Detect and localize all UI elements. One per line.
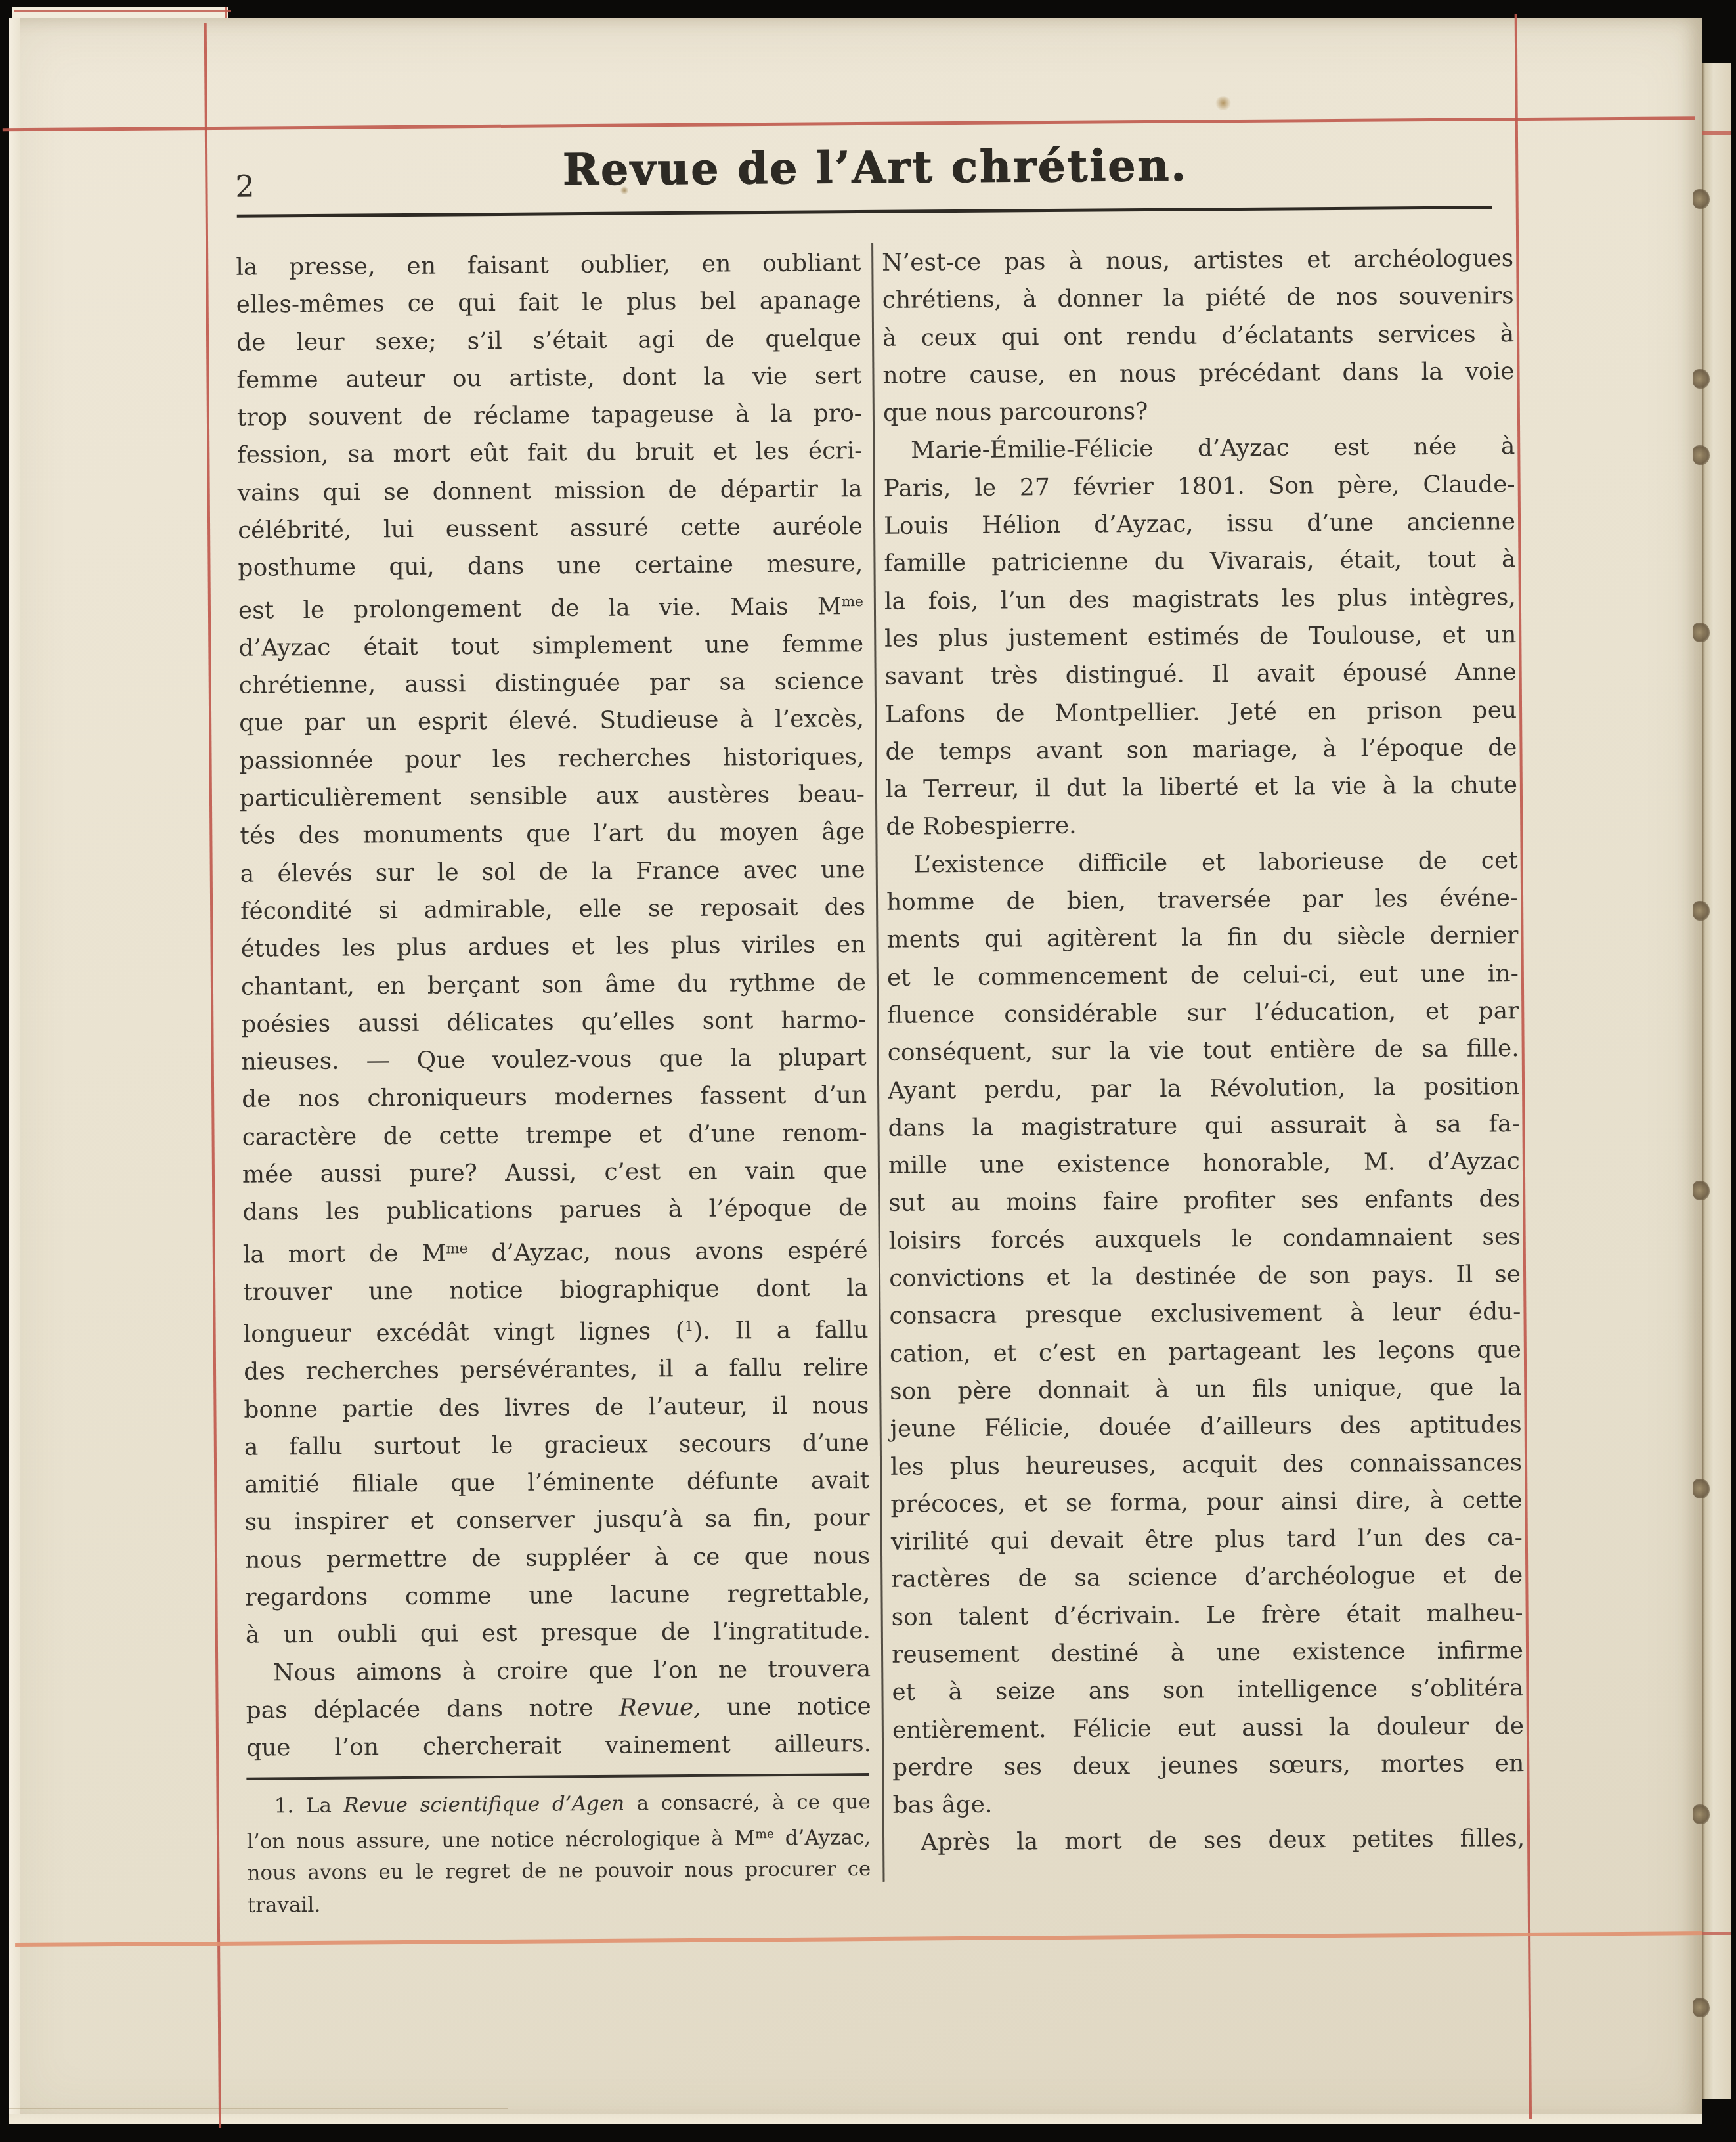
binding-stitch [1693,623,1710,642]
binding-stitch [1693,1181,1710,1200]
text-line: de Robespierre. [886,804,1517,846]
text-line: mille une existence honorable, M. d’Ayza… [888,1143,1520,1185]
text-line: nous avons eu le regret de ne pouvoir no… [247,1853,871,1889]
binding-stitch [1693,445,1710,465]
text-line: chantant, en berçant son âme du rythme d… [241,964,866,1006]
text-line: tés des monuments que l’art du moyen âge [240,813,865,855]
text-line: de nos chroniqueurs modernes fassent d’u… [242,1076,867,1118]
binding-stitch [1693,189,1710,209]
text-line: son père donnait à un fils unique, que l… [890,1368,1521,1410]
text-line: elles-mêmes ce qui fait le plus bel apan… [236,282,861,324]
text-line: conséquent, sur la vie tout entière de s… [887,1030,1519,1072]
text-line: caractère de cette trempe et d’une renom… [242,1114,867,1156]
text-line: Nous aimons à croire que l’on ne trouver… [246,1650,871,1692]
text-line: que par un esprit élevé. Studieuse à l’e… [239,700,864,742]
text-line: regardons comme une lacune regrettable, [245,1575,870,1617]
text-line: que l’on chercherait vainement ailleurs. [246,1725,871,1767]
text-line: notre cause, en nous précédant dans la v… [882,353,1514,395]
text-line: famille patricienne du Vivarais, était, … [884,540,1515,582]
text-line: dans la magistrature qui assurait à sa f… [888,1105,1519,1147]
text-line: travail. [248,1885,871,1921]
text-line: de temps avant son mariage, à l’époque d… [885,729,1517,771]
text-line: N’est-ce pas à nous, artistes et archéol… [882,240,1513,282]
text-line: longueur excédât vingt lignes (1). Il a … [243,1307,868,1353]
text-line: est le prolongement de la vie. Mais Mme [238,583,863,630]
text-line: mée aussi pure? Aussi, c’est en vain que [242,1152,867,1194]
text-line: convictions et la destinée de son pays. … [889,1256,1521,1298]
text-line: chrétiens, à donner la piété de nos souv… [882,277,1513,319]
text-line: femme auteur ou artiste, dont la vie ser… [236,357,861,399]
red-ruling-fragment [225,7,227,20]
text-line: dans les publications parues à l’époque … [242,1189,867,1231]
text-line: cation, et c’est en partageant les leçon… [890,1331,1521,1373]
red-ruling-fragment [1702,131,1731,135]
text-line: que nous parcourons? [883,390,1515,432]
text-line: 1. La Revue scientifique d’Agen a consac… [247,1786,871,1822]
text-line: la fois, l’un des magistrats les plus in… [884,579,1516,621]
text-line: à un oubli qui est presque de l’ingratit… [246,1612,871,1654]
column-divider-rule [871,243,884,1882]
text-line: bonne partie des livres de l’auteur, il … [244,1387,869,1429]
text-line: nous permettre de suppléer à ce que nous [245,1537,870,1579]
text-line: Paris, le 27 février 1801. Son père, Cla… [883,466,1515,508]
text-line: Ayant perdu, par la Révolution, la posit… [888,1068,1519,1110]
red-ruling-vertical-left [204,23,221,2128]
text-line: la Terreur, il dut la liberté et la vie … [886,766,1517,808]
text-line: savant très distingué. Il avait épousé A… [884,653,1516,695]
text-line: précoces, et se forma, pour ainsi dire, … [890,1481,1522,1523]
text-line: les plus heureuses, acquit des connaissa… [890,1444,1522,1486]
binding-stitch [1693,369,1710,389]
text-line: loisirs forcés auxquels le condamnaient … [888,1218,1520,1260]
text-line: chrétienne, aussi distinguée par sa scie… [239,663,864,705]
text-line: son talent d’écrivain. Le frère était ma… [891,1594,1523,1636]
text-line: la presse, en faisant oublier, en oublia… [236,244,861,286]
text-line: fession, sa mort eût fait du bruit et le… [237,433,862,475]
text-line: Après la mort de ses deux petites filles… [893,1820,1525,1862]
red-ruling-horizontal-top [3,116,1695,131]
text-line: entièrement. Félicie eut aussi la douleu… [892,1707,1524,1749]
text-line: particulièrement sensible aux austères b… [240,776,865,818]
text-line: sut au moins faire profiter ses enfants … [888,1181,1520,1223]
journal-title: Revue de l’Art chrétien. [235,137,1515,198]
text-line: études les plus ardues et les plus viril… [240,926,865,968]
text-line: a fallu surtout le gracieux secours d’un… [244,1424,869,1466]
binding-stitch [1693,1998,1710,2017]
footnote-rule [246,1773,869,1780]
binding-stitch [1693,1804,1710,1824]
red-ruling-horizontal-bottom [15,1931,1708,1947]
scanned-book-photo: 2 Revue de l’Art chrétien. la presse, en… [0,0,1736,2142]
text-line: de leur sexe; s’il s’était agi de quelqu… [236,320,861,362]
page-content: 2 Revue de l’Art chrétien. la presse, en… [2,12,1709,2130]
text-line: l’on nous assure, une notice nécrologiqu… [247,1818,871,1858]
text-line: ments qui agitèrent la fin du siècle der… [886,917,1518,959]
text-line: trouver une notice biographique dont la [243,1269,868,1311]
text-line: des recherches persévérantes, il a fallu… [244,1349,869,1391]
text-line: L’existence difficile et laborieuse de c… [886,842,1517,884]
text-line: perdre ses deux jeunes sœurs, mortes en [892,1745,1524,1787]
text-line: jeune Félicie, douée d’ailleurs des apti… [890,1406,1521,1448]
text-line: consacra presque exclusivement à leur éd… [889,1293,1521,1335]
left-text-column: la presse, en faisant oublier, en oublia… [236,244,871,1767]
text-line: passionnée pour les recherches historiqu… [239,738,864,780]
text-line: ractères de sa science d’archéologue et … [891,1556,1523,1598]
text-line: Marie-Émilie-Félicie d’Ayzac est née à [883,428,1515,470]
binding-stitch [1693,901,1710,921]
text-line: et à seize ans son intelligence s’oblité… [892,1669,1523,1711]
red-ruling-fragment [1702,1932,1731,1935]
footnote: 1. La Revue scientifique d’Agen a consac… [247,1786,871,1921]
text-line: fécondité si admirable, elle se reposait… [240,888,865,930]
text-line: célébrité, lui eussent assuré cette auré… [238,508,863,550]
text-line: les plus justement estimés de Toulouse, … [884,616,1516,658]
right-text-column: N’est-ce pas à nous, artistes et archéol… [882,240,1525,1862]
text-line: poésies aussi délicates qu’elles sont ha… [241,1001,866,1043]
text-line: posthume qui, dans une certaine mesure, [238,545,863,587]
text-line: Louis Hélion d’Ayzac, issu d’une ancienn… [884,503,1515,545]
book-page: 2 Revue de l’Art chrétien. la presse, en… [9,18,1702,2124]
text-line: a élevés sur le sol de la France avec un… [240,851,865,893]
text-line: d’Ayzac était tout simplement une femme [238,625,863,667]
red-ruling-fragment [14,10,231,12]
text-line: Lafons de Montpellier. Jeté en prison pe… [885,691,1517,733]
text-line: et le commencement de celui-ci, eut une … [887,955,1519,997]
text-line: homme de bien, traversée par les événe- [886,879,1518,921]
text-line: trop souvent de réclame tapageuse à la p… [237,395,862,437]
binding-stitch [1693,1479,1710,1498]
text-line: vains qui se donnent mission de départir… [238,470,863,512]
text-line: virilité qui devait être plus tard l’un … [891,1519,1523,1561]
underlying-page-sliver [12,7,228,20]
text-line: su inspirer et conserver jusqu’à sa fin,… [244,1499,869,1541]
text-line: fluence considérable sur l’éducation, et… [887,992,1519,1034]
text-line: la mort de Mme d’Ayzac, nous avons espér… [243,1227,868,1274]
text-line: nieuses. — Que voulez-vous que la plupar… [242,1039,867,1081]
text-line: à ceux qui ont rendu d’éclatants service… [882,315,1514,357]
text-line: reusement destiné à une existence infirm… [892,1632,1523,1674]
text-line: amitié filiale que l’éminente défunte av… [244,1462,869,1504]
title-rule [237,206,1492,217]
text-line: bas âge. [892,1782,1524,1824]
text-line: pas déplacée dans notre Revue, une notic… [246,1688,871,1730]
book-fore-edge [1702,63,1731,2099]
